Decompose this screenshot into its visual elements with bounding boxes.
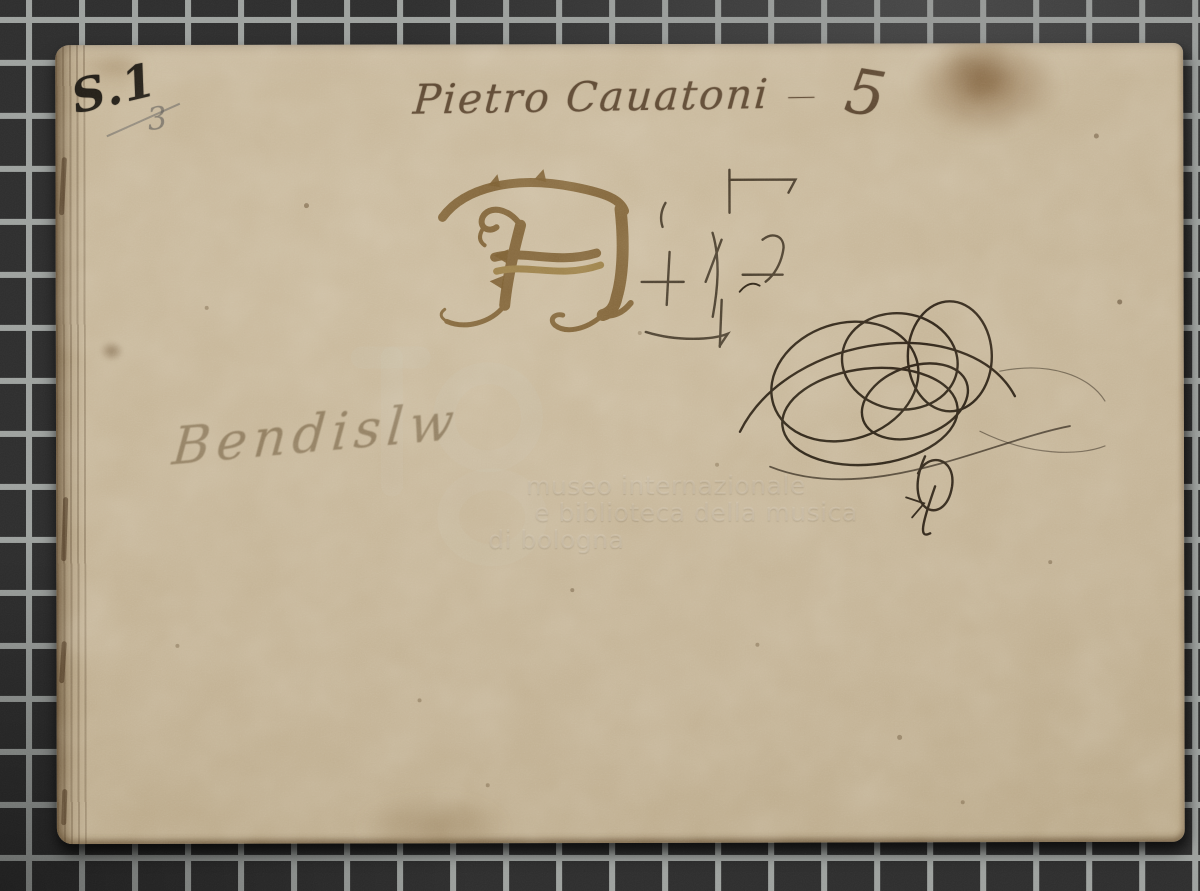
title-name: Pietro Cauatoni: [412, 70, 771, 124]
stain-top-right-core: [939, 45, 1019, 107]
paper-speckles: [55, 45, 57, 47]
pencil-mark-number: 3: [145, 100, 169, 138]
title-numeral: 5: [846, 90, 885, 96]
title-inscription: Pietro Cauatoni—5: [413, 68, 887, 124]
stain-bottom-edge: [357, 796, 507, 844]
spine-edge: [55, 45, 87, 844]
ink-scribble-drawing: [700, 261, 1111, 542]
photo-stage: museo internazionale e biblioteca della …: [0, 0, 1200, 891]
manuscript-cover: museo internazionale e biblioteca della …: [55, 43, 1185, 844]
ink-spot: [100, 341, 124, 361]
title-dash: —: [787, 86, 816, 105]
